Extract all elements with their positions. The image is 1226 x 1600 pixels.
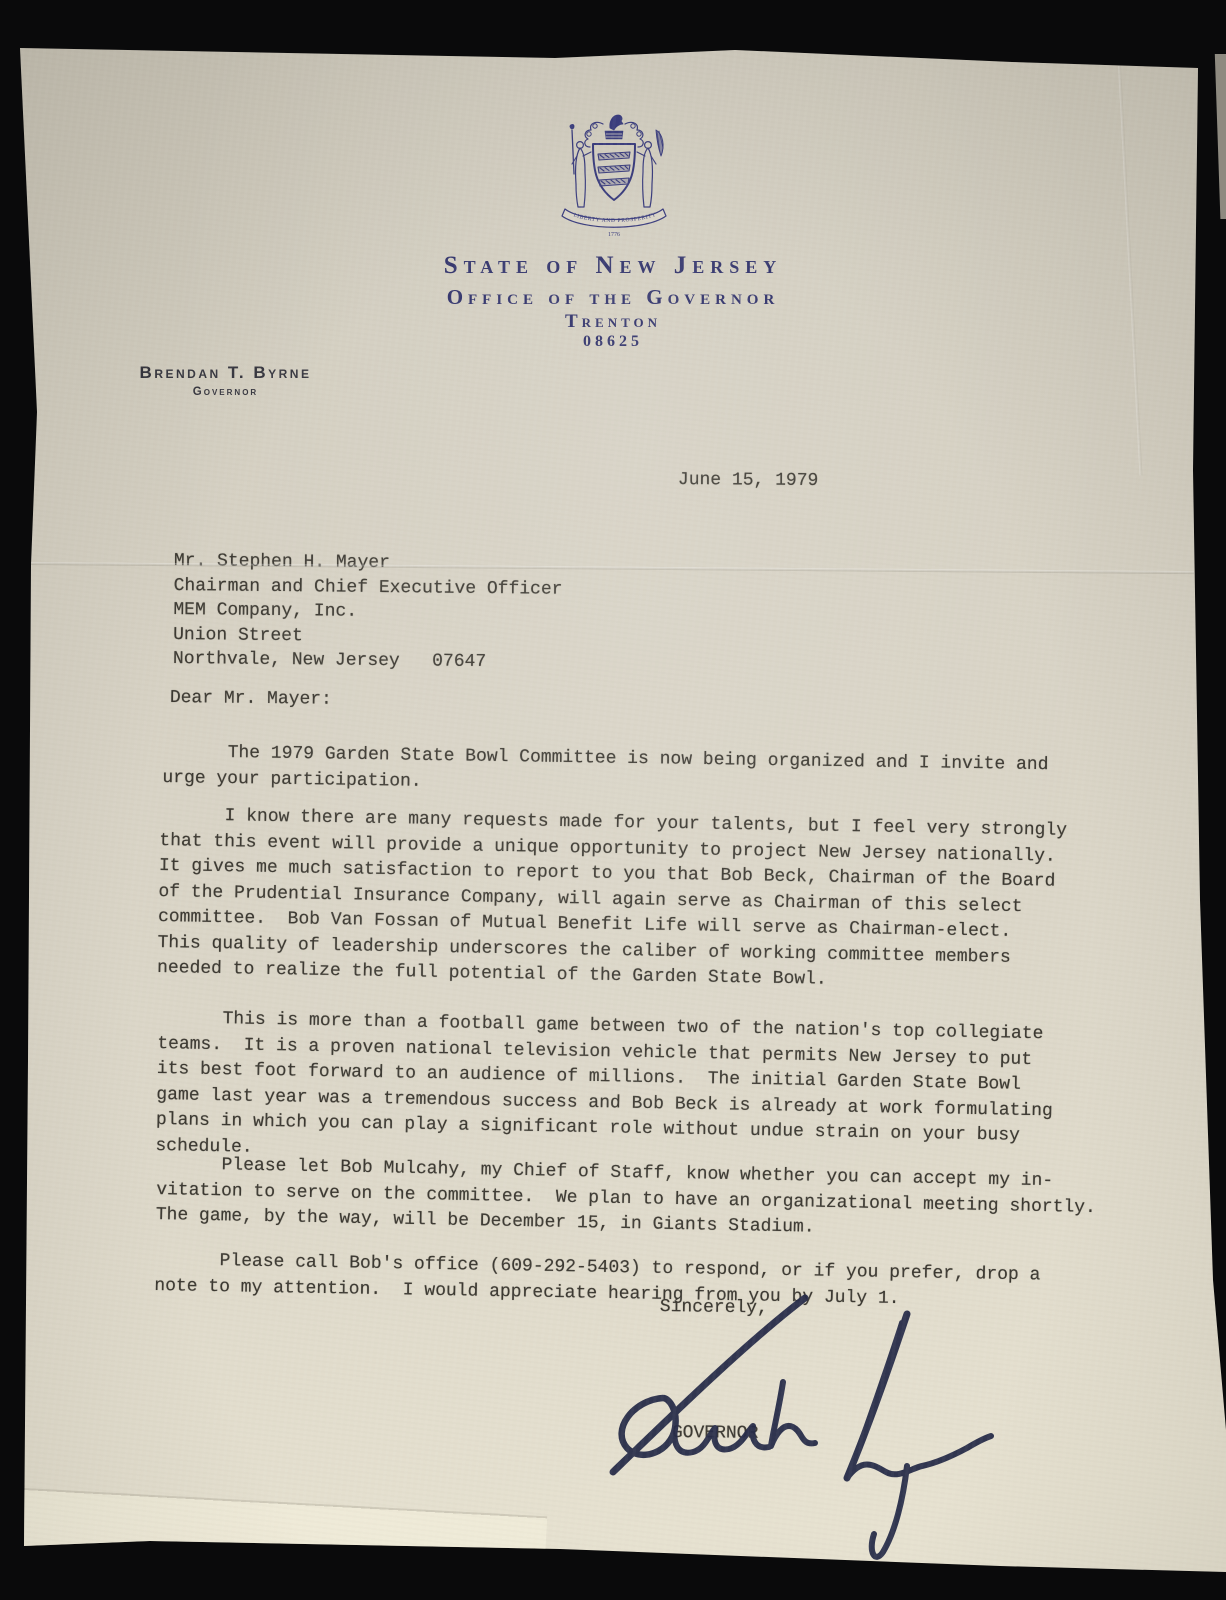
letterhead-state-line: State of New Jersey xyxy=(0,252,1226,280)
letter-paper: LIBERTY AND PROSPERITY 1776 State of New… xyxy=(0,0,1226,1600)
closing: Sincerely, xyxy=(660,1295,768,1322)
body-paragraph-3: This is more than a football game betwee… xyxy=(155,1006,1054,1175)
letterhead-official-block: Brendan T. Byrne Governor xyxy=(133,363,318,398)
body-paragraph-5: Please call Bob's office (609-292-5403) … xyxy=(154,1248,1041,1314)
letterhead-zip-line: 08625 xyxy=(0,333,1226,351)
photo-background: { "colors":{"background":"#0a0a0b","pape… xyxy=(0,0,1226,1600)
recipient-address: Mr. Stephen H. Mayer Chairman and Chief … xyxy=(173,549,563,675)
body-paragraph-1: The 1979 Garden State Bowl Committee is … xyxy=(162,740,1048,804)
signer-title: GOVERNOR xyxy=(672,1421,759,1447)
letterhead-office-line: Office of the Governor xyxy=(0,285,1226,310)
crest-banner-year: 1776 xyxy=(608,232,620,238)
governor-title: Governor xyxy=(133,386,318,398)
letterhead-city-line: Trenton xyxy=(0,311,1226,333)
salutation: Dear Mr. Mayer: xyxy=(170,686,332,713)
nj-coat-of-arms-icon: LIBERTY AND PROSPERITY 1776 xyxy=(553,112,673,242)
body-paragraph-2: I know there are many requests made for … xyxy=(157,803,1067,997)
governor-name: Brendan T. Byrne xyxy=(133,363,318,383)
governor-signature xyxy=(575,1280,1015,1580)
bottom-crease xyxy=(21,1488,547,1576)
background-sheet-corner xyxy=(1212,54,1226,219)
letter-date: June 15, 1979 xyxy=(678,468,819,494)
